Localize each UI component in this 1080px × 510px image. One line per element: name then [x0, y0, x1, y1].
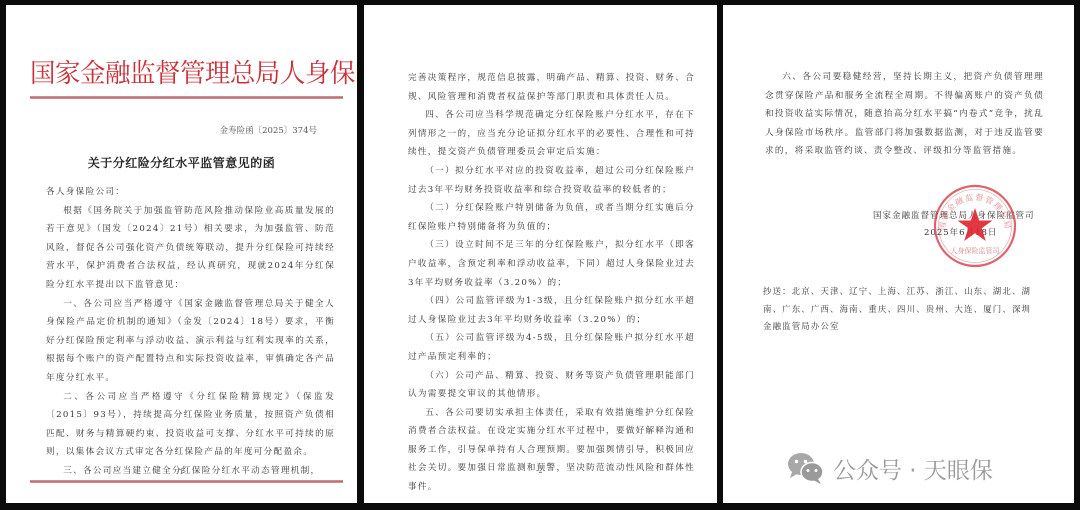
paragraph: 完善决策程序，规范信息披露，明确产品、精算、投资、财务、合规、风险管理和消费者权… [408, 69, 695, 106]
seal-bottom-text: 人身保险监管司 [951, 246, 1000, 255]
wechat-icon [787, 451, 825, 485]
page3-body: 六、各公司要稳健经营，坚持长期主义，把资产负债管理理念贯穿保险产品和服务全流程全… [765, 68, 1044, 161]
document-page-1: 国家金融监督管理总局人身保险监管司 金寿险函〔2025〕374号 关于分红险分红… [6, 5, 357, 503]
header-red-rule [30, 96, 343, 99]
document-number: 金寿险函〔2025〕374号 [220, 124, 317, 136]
watermark: 公众号 · 天眼保 [787, 448, 993, 488]
watermark-text: 公众号 · 天眼保 [833, 452, 993, 485]
page2-body: 完善决策程序，规范信息披露，明确产品、精算、投资、财务、合规、风险管理和消费者权… [408, 69, 695, 497]
paragraph: （六）公司产品、精算、投资、财务等资产负债管理职能部门认为需要提交审议的其他情形… [408, 367, 695, 404]
document-page-3: 六、各公司要稳健经营，坚持长期主义，把资产负债管理理念贯穿保险产品和服务全流程全… [723, 5, 1074, 503]
salutation: 各人身保险公司： [46, 183, 335, 202]
page-number: -2- [364, 467, 717, 475]
document-page-2: 完善决策程序，规范信息披露，明确产品、精算、投资、财务、合规、风险管理和消费者权… [364, 5, 717, 503]
cc-list: 抄送：北京、天津、辽宁、上海、江苏、浙江、山东、湖北、湖南、广东、广西、海南、重… [763, 283, 1034, 336]
issuer-header-title: 国家金融监督管理总局人身保险监管司 [30, 53, 337, 90]
document-subject: 关于分红险分红水平监管意见的函 [6, 154, 357, 171]
paragraph: （一）拟分红水平对应的投资收益率，超过公司分红保险账户过去3年平均财务投资收益率… [408, 162, 695, 199]
paragraph: 五、各公司要切实承担主体责任，采取有效措施维护分红保险消费者合法权益。在设定实施… [408, 404, 695, 497]
paragraph: 一、各公司应当严格遵守《国家金融监督管理总局关于健全人身保险产品定价机制的通知》… [46, 295, 335, 388]
paragraph: （二）分红保险账户特别储备为负值，或者当期分红实施后分红保险账户特别储备将为负值… [408, 199, 695, 236]
page1-body: 各人身保险公司： 根据《国务院关于加强监管防范风险推动保险业高质量发展的若干意见… [46, 183, 335, 481]
paragraph: 根据《国务院关于加强监管防范风险推动保险业高质量发展的若干意见》（国发〔2024… [46, 202, 335, 295]
page-number: -1- [6, 468, 357, 476]
paragraph: 六、各公司要稳健经营，坚持长期主义，把资产负债管理理念贯穿保险产品和服务全流程全… [765, 68, 1044, 161]
paragraph: （三）设立时间不足三年的分红保险账户，拟分红水平（即客户收益率，含预定利率和浮动… [408, 236, 695, 292]
paragraph: （四）公司监管评级为1-3级，且分红保险账户拟分红水平超过人身保险业过去3年平均… [408, 292, 695, 329]
paragraph: （五）公司监管评级为4-5级，且分红保险账户拟分红水平超过产品预定利率的； [408, 329, 695, 366]
official-seal-icon: 国家金融监督管理总局 人身保险监管司 [932, 183, 1018, 269]
paragraph: 四、各公司应当科学规范确定分红保险账户分红水平，存在下列情形之一的，应当充分论证… [408, 106, 695, 162]
paragraph: 二、各公司应当严格遵守《分红保险精算规定》（保监发〔2015〕93号），持续提高… [46, 388, 335, 462]
footer-red-rule [30, 480, 343, 483]
